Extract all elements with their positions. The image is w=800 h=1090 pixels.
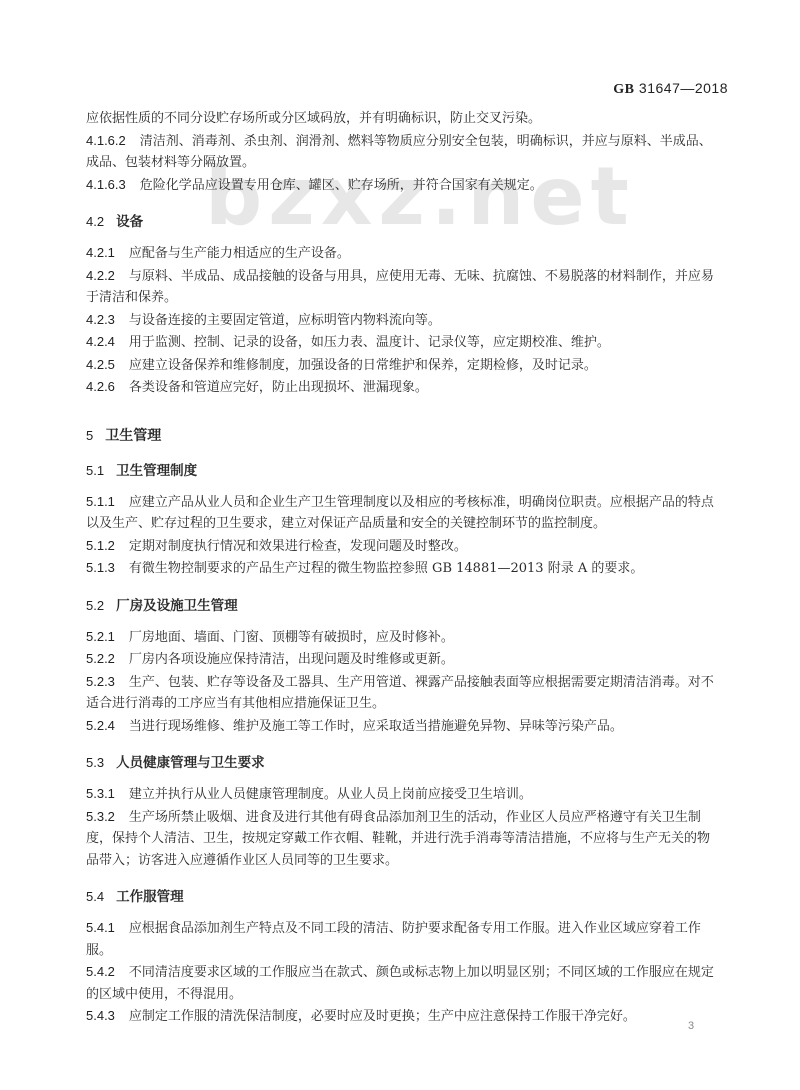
subsection-heading: 5.3人员健康管理与卫生要求	[86, 751, 718, 771]
clause-number: 5.4.1	[86, 920, 115, 935]
clause-number: 4.2.2	[86, 268, 115, 283]
clause-paragraph: 5.2.4当进行现场维修、维护及施工等工作时，应采取适当措施避免异物、异味等污染…	[86, 715, 718, 738]
clause-number: 5.1.3	[86, 560, 115, 575]
clause-text: 应建立产品从业人员和企业生产卫生管理制度以及相应的考核标准，明确岗位职责。应根据…	[86, 495, 714, 532]
clause-text: 生产场所禁止吸烟、进食及进行其他有碍食品添加剂卫生的活动，作业区人员应严格遵守有…	[86, 810, 710, 868]
clause-text: 用于监测、控制、记录的设备，如压力表、温度计、记录仪等，应定期校准、维护。	[129, 335, 610, 350]
clause-text: 危险化学品应设置专用仓库、罐区、贮存场所，并符合国家有关规定。	[140, 178, 543, 193]
clause-text: 厂房内各项设施应保持清洁，出现问题及时维修或更新。	[129, 652, 454, 667]
clause-text: 与设备连接的主要固定管道，应标明管内物料流向等。	[129, 313, 441, 328]
clause-text: 应依据性质的不同分设贮存场所或分区域码放，并有明确标识，防止交叉污染。	[86, 111, 541, 126]
clause-text: 不同清洁度要求区域的工作服应当在款式、颜色或标志物上加以明显区别；不同区域的工作…	[86, 965, 714, 1002]
clause-text: 卫生管理制度	[116, 463, 197, 479]
standard-code-header: GB 31647—2018	[613, 80, 728, 98]
clause-number: 5.3	[86, 755, 104, 770]
standard-prefix: GB	[613, 82, 634, 97]
clause-text: 当进行现场维修、维护及施工等工作时，应采取适当措施避免异物、异味等污染产品。	[129, 719, 623, 734]
clause-text: 应建立设备保养和维修制度，加强设备的日常维护和保养，定期检修，及时记录。	[129, 358, 597, 373]
clause-paragraph: 4.2.5应建立设备保养和维修制度，加强设备的日常维护和保养，定期检修，及时记录…	[86, 354, 718, 377]
subsection-heading: 4.2设备	[86, 210, 718, 230]
clause-text: 应根据食品添加剂生产特点及不同工段的清洁、防护要求配备专用工作服。进入作业区域应…	[86, 921, 701, 958]
clause-paragraph: 应依据性质的不同分设贮存场所或分区域码放，并有明确标识，防止交叉污染。	[86, 108, 718, 130]
section-heading: 5卫生管理	[86, 425, 718, 445]
clause-paragraph: 4.2.4用于监测、控制、记录的设备，如压力表、温度计、记录仪等，应定期校准、维…	[86, 331, 718, 354]
clause-text: 应制定工作服的清洗保洁制度，必要时应及时更换；生产中应注意保持工作服干净完好。	[129, 1009, 636, 1024]
subsection-heading: 5.2厂房及设施卫生管理	[86, 594, 718, 614]
clause-paragraph: 5.3.1建立并执行从业人员健康管理制度。从业人员上岗前应接受卫生培训。	[86, 783, 718, 806]
clause-text: 与原料、半成品、成品接触的设备与用具，应使用无毒、无味、抗腐蚀、不易脱落的材料制…	[86, 269, 714, 306]
clause-number: 5.3.2	[86, 809, 115, 824]
clause-number: 4.2	[86, 214, 104, 229]
clause-number: 4.1.6.2	[86, 133, 126, 148]
clause-text: 各类设备和管道应完好，防止出现损坏、泄漏现象。	[129, 380, 428, 395]
clause-paragraph: 5.2.3生产、包装、贮存等设备及工器具、生产用管道、裸露产品接触表面等应根据需…	[86, 671, 718, 715]
clause-paragraph: 5.2.2厂房内各项设施应保持清洁，出现问题及时维修或更新。	[86, 648, 718, 671]
clause-number: 4.2.4	[86, 334, 115, 349]
clause-paragraph: 5.1.2定期对制度执行情况和效果进行检查，发现问题及时整改。	[86, 535, 718, 558]
clause-paragraph: 4.2.1应配备与生产能力相适应的生产设备。	[86, 242, 718, 265]
clause-text: 有微生物控制要求的产品生产过程的微生物监控参照 GB 14881—2013 附录…	[129, 561, 643, 576]
clause-text: 设备	[116, 214, 143, 230]
clause-number: 4.2.6	[86, 379, 115, 394]
clause-paragraph: 4.1.6.2清洁剂、消毒剂、杀虫剂、润滑剂、燃料等物质应分别安全包装，明确标识…	[86, 130, 718, 174]
clause-number: 5.4.3	[86, 1008, 115, 1023]
clause-paragraph: 5.4.2不同清洁度要求区域的工作服应当在款式、颜色或标志物上加以明显区别；不同…	[86, 961, 718, 1005]
clause-text: 卫生管理	[105, 428, 161, 444]
clause-paragraph: 5.3.2生产场所禁止吸烟、进食及进行其他有碍食品添加剂卫生的活动，作业区人员应…	[86, 806, 718, 872]
clause-text: 厂房及设施卫生管理	[116, 598, 238, 614]
clause-text: 生产、包装、贮存等设备及工器具、生产用管道、裸露产品接触表面等应根据需要定期清洁…	[86, 675, 714, 712]
clause-paragraph: 4.2.6各类设备和管道应完好，防止出现损坏、泄漏现象。	[86, 376, 718, 399]
document-body: 应依据性质的不同分设贮存场所或分区域码放，并有明确标识，防止交叉污染。4.1.6…	[86, 108, 718, 1028]
clause-paragraph: 5.4.3应制定工作服的清洗保洁制度，必要时应及时更换；生产中应注意保持工作服干…	[86, 1005, 718, 1028]
clause-number: 4.2.1	[86, 245, 115, 260]
clause-paragraph: 4.2.3与设备连接的主要固定管道，应标明管内物料流向等。	[86, 309, 718, 332]
page-number: 3	[688, 1020, 694, 1032]
clause-number: 4.1.6.3	[86, 177, 126, 192]
clause-paragraph: 4.2.2与原料、半成品、成品接触的设备与用具，应使用无毒、无味、抗腐蚀、不易脱…	[86, 265, 718, 309]
clause-paragraph: 4.1.6.3危险化学品应设置专用仓库、罐区、贮存场所，并符合国家有关规定。	[86, 174, 718, 197]
clause-text: 人员健康管理与卫生要求	[116, 755, 265, 771]
clause-number: 5.1	[86, 463, 104, 478]
clause-text: 应配备与生产能力相适应的生产设备。	[129, 246, 350, 261]
clause-number: 4.2.5	[86, 357, 115, 372]
subsection-heading: 5.4工作服管理	[86, 885, 718, 905]
clause-text: 定期对制度执行情况和效果进行检查，发现问题及时整改。	[129, 539, 467, 554]
clause-paragraph: 5.1.3有微生物控制要求的产品生产过程的微生物监控参照 GB 14881—20…	[86, 557, 718, 580]
clause-text: 清洁剂、消毒剂、杀虫剂、润滑剂、燃料等物质应分别安全包装，明确标识，并应与原料、…	[86, 134, 712, 171]
clause-number: 5.1.2	[86, 538, 115, 553]
clause-number: 5.3.1	[86, 786, 115, 801]
clause-text: 建立并执行从业人员健康管理制度。从业人员上岗前应接受卫生培训。	[129, 787, 532, 802]
clause-text: 工作服管理	[116, 889, 184, 905]
clause-number: 5.2.4	[86, 718, 115, 733]
standard-number: 31647—2018	[639, 80, 728, 96]
clause-number: 5.2.3	[86, 674, 115, 689]
clause-number: 5.2	[86, 598, 104, 613]
clause-number: 5.4.2	[86, 964, 115, 979]
clause-paragraph: 5.2.1厂房地面、墙面、门窗、顶棚等有破损时，应及时修补。	[86, 626, 718, 649]
clause-text: 厂房地面、墙面、门窗、顶棚等有破损时，应及时修补。	[129, 630, 454, 645]
clause-paragraph: 5.4.1应根据食品添加剂生产特点及不同工段的清洁、防护要求配备专用工作服。进入…	[86, 917, 718, 961]
clause-paragraph: 5.1.1应建立产品从业人员和企业生产卫生管理制度以及相应的考核标准，明确岗位职…	[86, 491, 718, 535]
clause-number: 5	[86, 428, 93, 443]
clause-number: 5.2.1	[86, 629, 115, 644]
clause-number: 4.2.3	[86, 312, 115, 327]
subsection-heading: 5.1卫生管理制度	[86, 459, 718, 479]
clause-number: 5.4	[86, 889, 104, 904]
clause-number: 5.1.1	[86, 494, 115, 509]
clause-number: 5.2.2	[86, 651, 115, 666]
